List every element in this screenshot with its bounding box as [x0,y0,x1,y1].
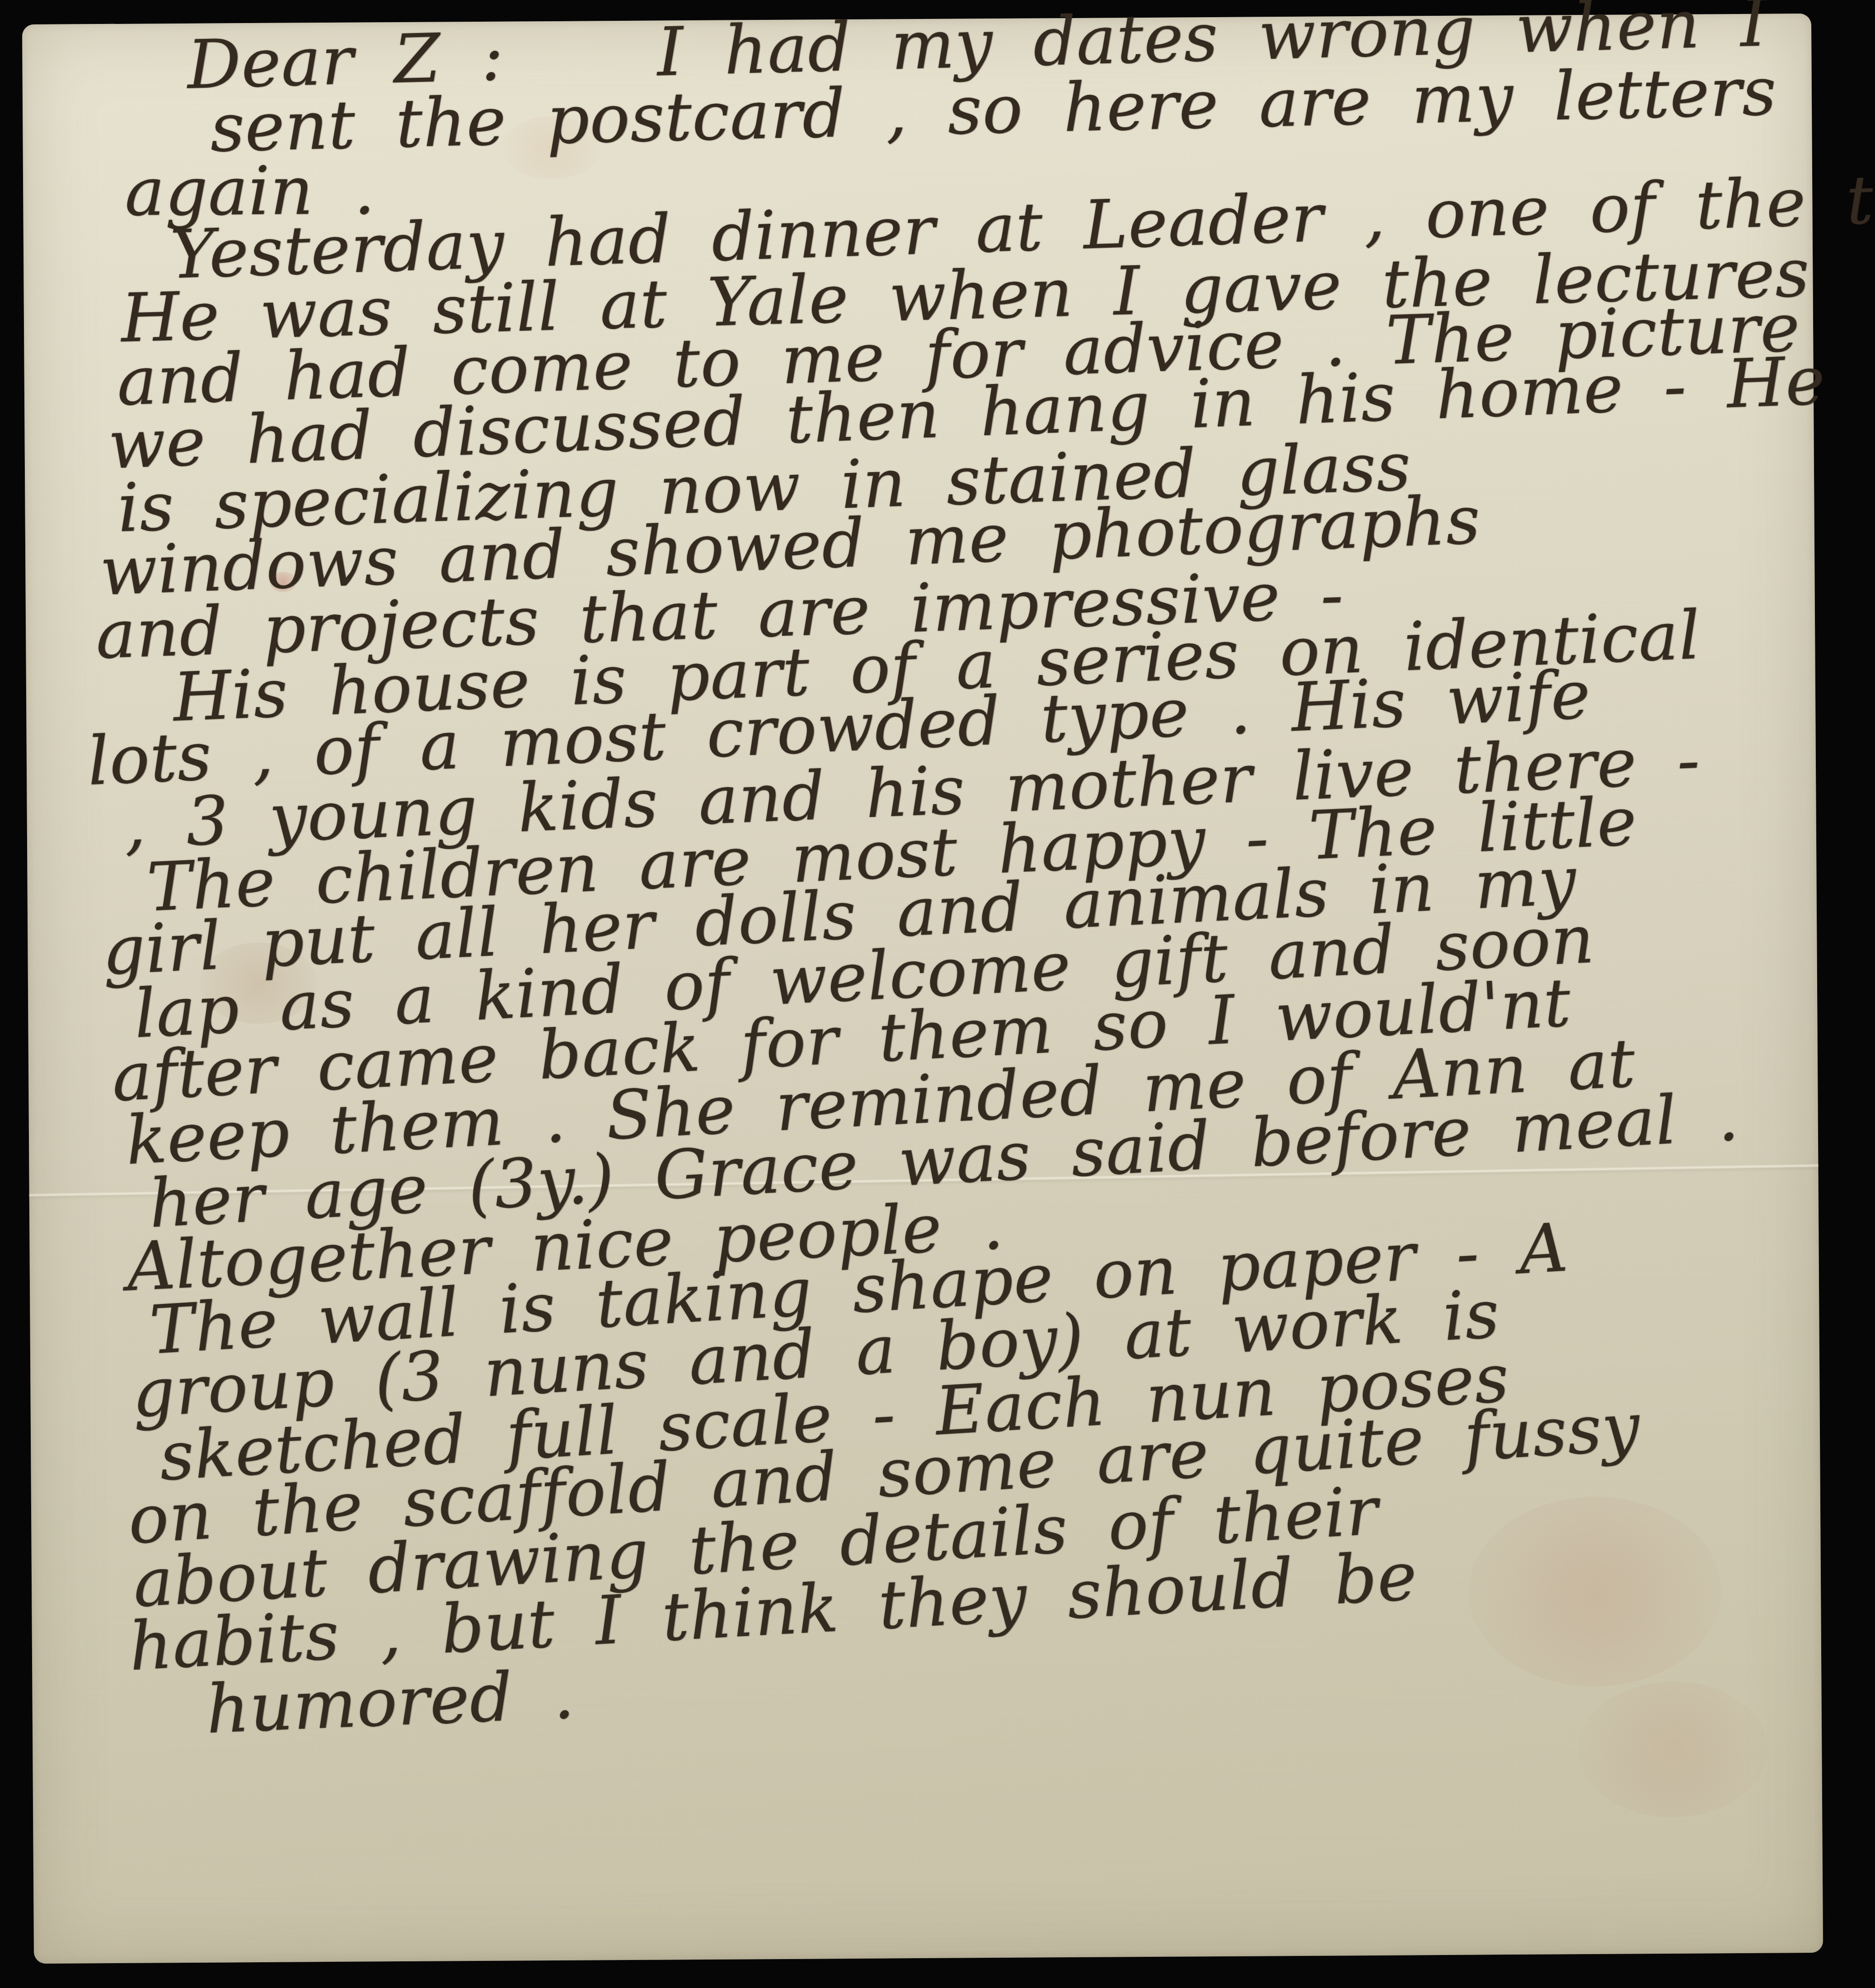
page-background: Dear Z : I had my dates wrong when I sen… [0,0,1875,1988]
letter-content: Dear Z : I had my dates wrong when I sen… [22,23,1822,1742]
letter-paper: Dear Z : I had my dates wrong when I sen… [22,14,1823,1964]
